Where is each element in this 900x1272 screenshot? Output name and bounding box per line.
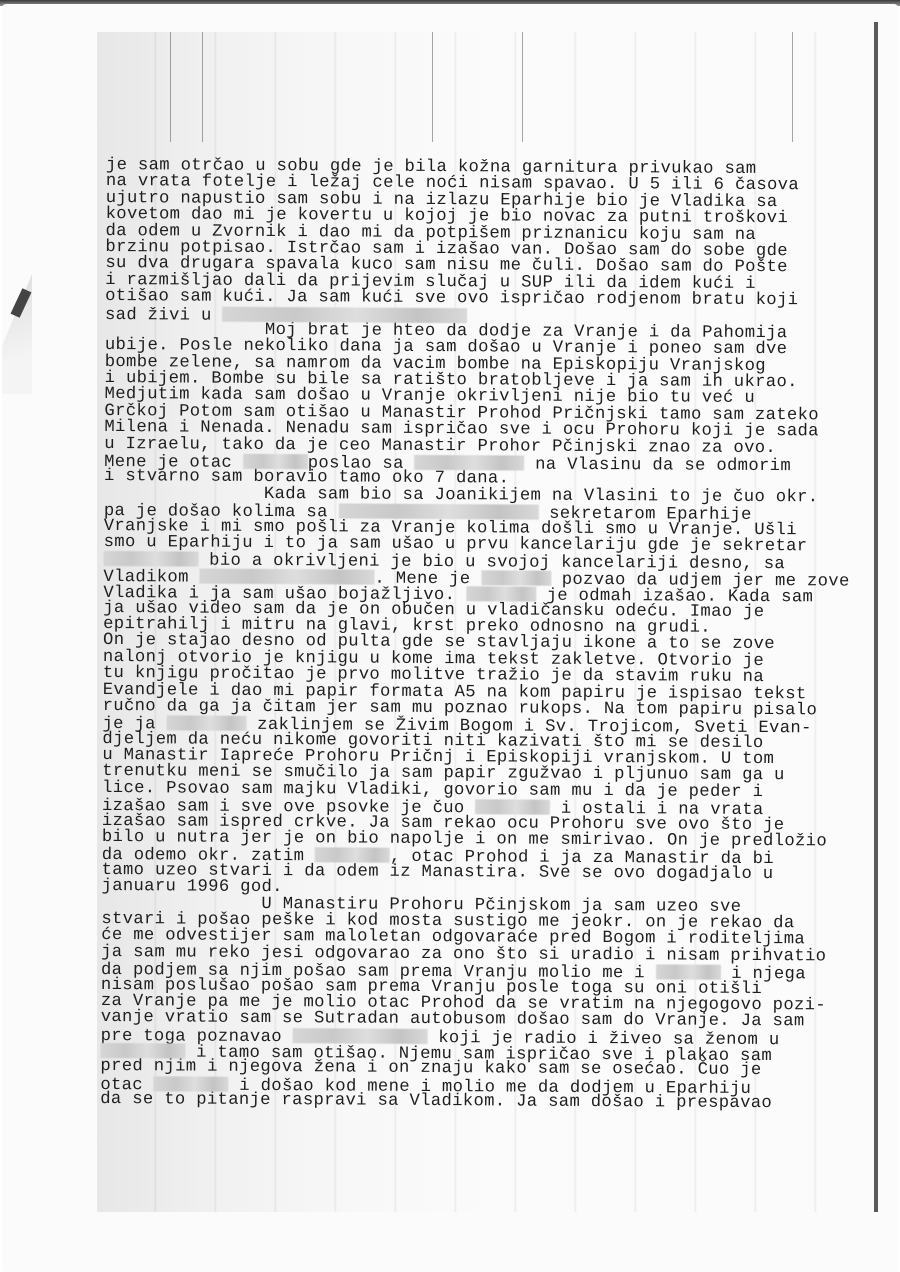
redacted-name [414,455,524,471]
redacted-name [222,306,467,322]
redacted-name [338,504,538,520]
line-text: sad živi u [105,306,222,326]
redacted-name [104,551,199,567]
redacted-name [243,454,308,469]
redacted-name [154,1076,229,1091]
copy-streak [432,32,433,142]
redacted-name [656,965,721,980]
copy-streak [170,32,171,142]
line-text: januaru 1996 god. [101,877,282,897]
line-text: na Vlasinu da se odmorim [524,456,791,477]
redacted-name [101,1043,186,1059]
redacted-name [167,716,247,731]
redacted-name [475,800,550,815]
redacted-name [466,586,536,601]
redacted-name [199,568,374,584]
redacted-name [315,848,390,863]
copy-streak [522,32,523,142]
copy-streak [792,32,793,142]
redacted-name [293,1028,428,1044]
copy-streak [202,32,203,142]
redacted-name [481,570,551,585]
typewritten-body: je sam otrčao u sobu gde je bila kožna g… [100,158,896,1113]
